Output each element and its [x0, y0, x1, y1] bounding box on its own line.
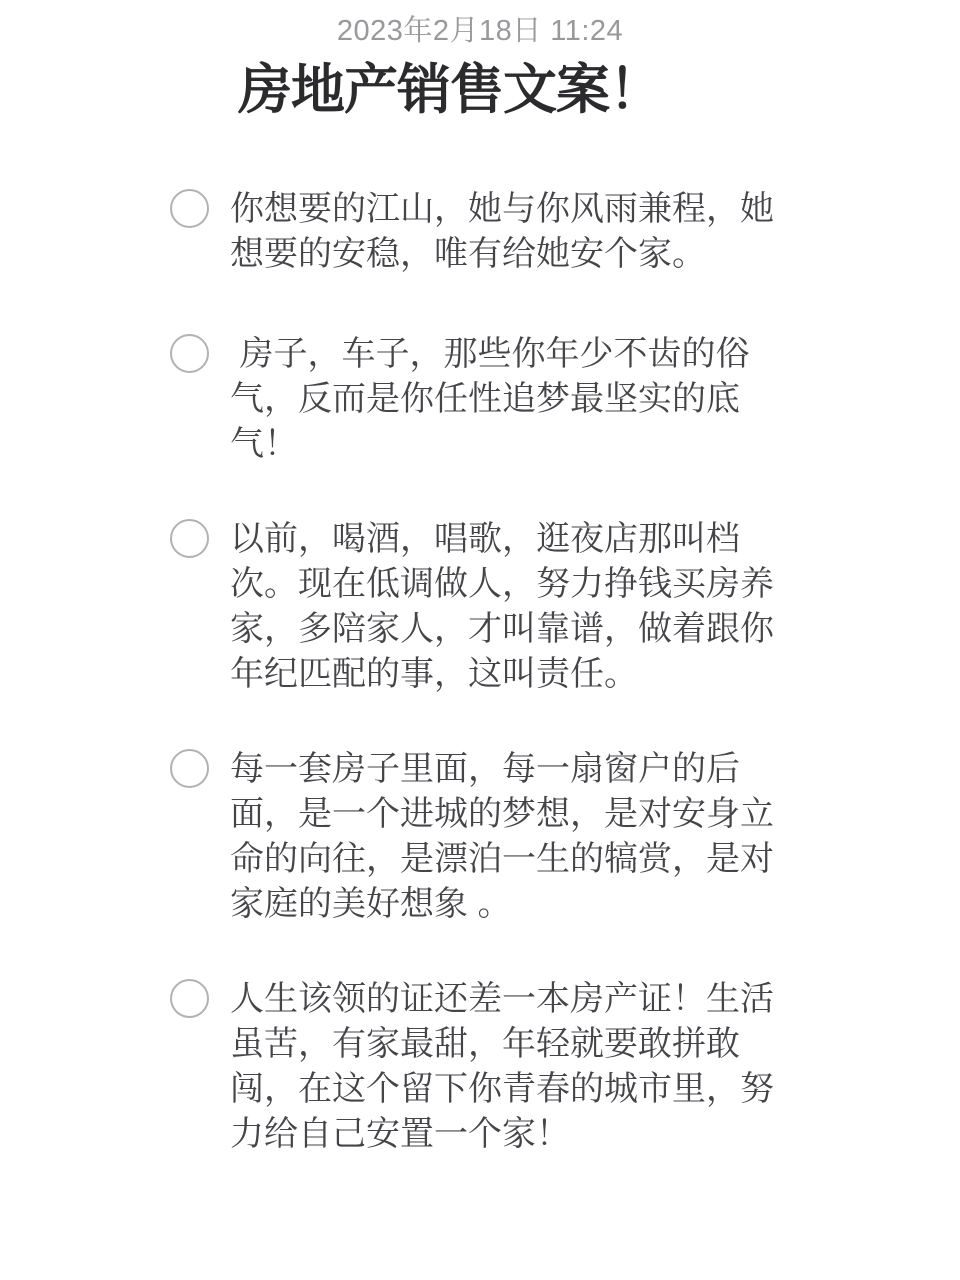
checklist-item-text[interactable]: 每一套房子里面，每一扇窗户的后面，是一个进城的梦想，是对安身立命的向往，是漂泊一…	[230, 747, 776, 927]
checklist-item: 房子，车子，那些你年少不齿的俗气，反而是你任性追梦最坚实的底气！	[0, 332, 960, 467]
note-timestamp: 2023年2月18日 11:24	[0, 0, 960, 50]
checklist-checkbox[interactable]	[170, 334, 209, 373]
checklist-checkbox[interactable]	[170, 749, 209, 788]
checklist-item: 人生该领的证还差一本房产证！生活虽苦，有家最甜，年轻就要敢拼敢闯，在这个留下你青…	[0, 977, 960, 1157]
checklist-item: 以前，喝酒，唱歌，逛夜店那叫档次。现在低调做人，努力挣钱买房养家，多陪家人，才叫…	[0, 517, 960, 697]
checklist-item: 每一套房子里面，每一扇窗户的后面，是一个进城的梦想，是对安身立命的向往，是漂泊一…	[0, 747, 960, 927]
checklist: 你想要的江山，她与你风雨兼程，她想要的安稳，唯有给她安个家。 房子，车子，那些你…	[0, 187, 960, 1157]
checklist-checkbox[interactable]	[170, 519, 209, 558]
note-page: 2023年2月18日 11:24 房地产销售文案！ 你想要的江山，她与你风雨兼程…	[0, 0, 960, 1280]
checklist-item-text[interactable]: 你想要的江山，她与你风雨兼程，她想要的安稳，唯有给她安个家。	[230, 187, 776, 277]
checklist-item-text[interactable]: 人生该领的证还差一本房产证！生活虽苦，有家最甜，年轻就要敢拼敢闯，在这个留下你青…	[230, 977, 776, 1157]
note-title[interactable]: 房地产销售文案！	[238, 56, 960, 124]
checklist-item: 你想要的江山，她与你风雨兼程，她想要的安稳，唯有给她安个家。	[0, 187, 960, 277]
checklist-checkbox[interactable]	[170, 979, 209, 1018]
checklist-item-text[interactable]: 以前，喝酒，唱歌，逛夜店那叫档次。现在低调做人，努力挣钱买房养家，多陪家人，才叫…	[230, 517, 776, 697]
checklist-item-text[interactable]: 房子，车子，那些你年少不齿的俗气，反而是你任性追梦最坚实的底气！	[230, 332, 776, 467]
checklist-checkbox[interactable]	[170, 189, 209, 228]
